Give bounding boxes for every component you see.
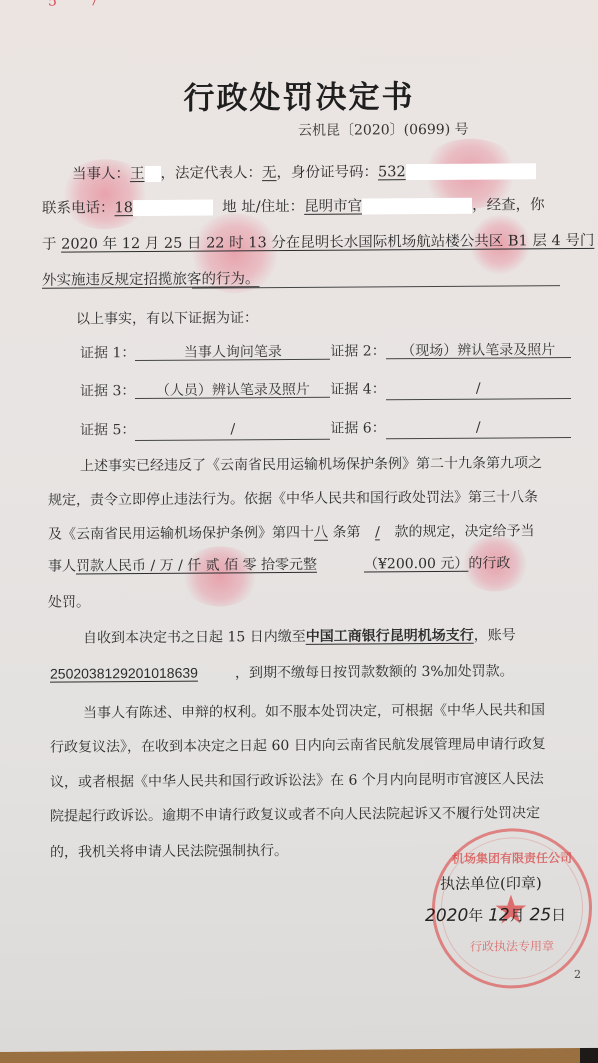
clause-number: / <box>360 524 394 540</box>
issuer-label: 执法单位(印章) <box>440 872 542 894</box>
evidence-row: 证据 3：（人员）辨认笔录及照片证据 4：/ <box>80 377 571 402</box>
evidence-label: 证据 3： <box>80 383 135 399</box>
violation-line-3: 及《云南省民用运输机场保护条例》第四十八 条第/款的规定，决定给予当 <box>48 520 534 543</box>
rights-line: 议，或者根据《中华人民共和国行政诉讼法》在 6 个月内向昆明市官渡区人民法 <box>50 768 544 791</box>
rights-line: 行政复议法》，在收到本决定之日起 60 日内向云南省民航发展管理局申请行政复 <box>50 733 546 756</box>
legal-rep-label: ，法定代表人： <box>161 165 263 182</box>
violation-line-2: 规定，责令立即停止违法行为。依据《中华人民共和国行政处罚法》第三十八条 <box>48 486 538 509</box>
date-year: 2020 <box>425 906 468 926</box>
address-label: 地 址/住址： <box>222 199 304 216</box>
penalty-text: 罚款人民币 / 万 / 仟 贰 佰 零 拾零元整 <box>76 553 364 575</box>
date-month: 12 <box>488 905 510 925</box>
account-number: 2502038129201018639 <box>50 664 235 681</box>
facts-prefix: 于 <box>42 237 57 253</box>
facts-behavior: 外实施违反规定招揽旅客的行为。 <box>42 271 260 289</box>
evidence-row: 证据 1：当事人询问笔录证据 2：（现场）辨认笔录及照片 <box>80 339 571 362</box>
address-suffix: ，经查，你 <box>472 197 545 214</box>
rights-line: 当事人有陈述、申辩的权利。如不服本处罚决定，可根据《中华人民共和国 <box>83 699 545 722</box>
redaction <box>133 200 213 217</box>
violation-line-1: 上述事实已经违反了《云南省民用运输机场保护条例》第二十九条第九项之 <box>80 452 542 475</box>
text: ，账号 <box>474 627 516 643</box>
redaction <box>362 198 472 215</box>
text: 自收到本决定书之日起 15 日内缴至 <box>83 629 306 647</box>
party-line: 当事人：王，法定代表人：无，身份证号码：532 <box>72 159 536 183</box>
evidence-row: 证据 5：/证据 6：/ <box>80 416 571 441</box>
phone-value: 18 <box>115 200 133 216</box>
corner-mark: 5 7 <box>48 0 112 10</box>
payment-line-2: 2502038129201018639，到期不缴每日按罚款数额的 3%加处罚款。 <box>50 660 514 683</box>
document-page: 5 7 行政处罚决定书 云机昆〔2020〕(0699) 号 当事人：王，法定代表… <box>0 0 598 1052</box>
desk-shadow <box>580 1048 598 1063</box>
evidence-label: 证据 1： <box>80 345 135 361</box>
seal-bottom-text: 行政执法专用章 <box>435 937 589 955</box>
evidence-label: 证据 5： <box>80 422 135 438</box>
penalty-amount: （¥200.00 元） <box>364 556 468 573</box>
rights-line: 的，我机关将申请人民法院强制执行。 <box>50 840 288 862</box>
address-value: 昆明市官 <box>304 198 362 214</box>
evidence-value: / <box>386 419 571 439</box>
issue-date: 2020年 12月 25日 <box>425 904 566 926</box>
party-name: 王 <box>130 166 145 182</box>
text: 款的规定，决定给予当 <box>394 523 534 540</box>
date-day: 25 <box>530 905 552 925</box>
violation-line-5: 处罚。 <box>48 591 90 611</box>
id-number: 532 <box>378 164 406 180</box>
facts-line-1: 于 2020 年 12 月 25 日 22 时 13 分在昆明长水国际机场航站楼… <box>42 229 594 254</box>
bank-name: 中国工商银行昆明机场支行 <box>306 628 474 645</box>
text: 事人 <box>48 558 76 574</box>
text: 年 <box>468 907 483 925</box>
text: ，到期不缴每日按罚款数额的 3%加处罚款。 <box>235 663 514 681</box>
document-number: 云机昆〔2020〕(0699) 号 <box>298 119 469 140</box>
article-number: 八 <box>314 525 328 541</box>
contact-line: 联系电话：18 地 址/住址：昆明市官，经查，你 <box>42 193 545 218</box>
facts-datetime-location: 2020 年 12 月 25 日 22 时 13 分在昆明长水国际机场航站楼公共… <box>61 233 594 253</box>
page-number: 2 <box>574 968 581 981</box>
redaction <box>145 166 161 182</box>
phone-label: 联系电话： <box>42 200 115 217</box>
evidence-value: （人员）辨认笔录及照片 <box>135 379 330 399</box>
evidence-intro: 以上事实，有以下证据为证： <box>76 307 258 328</box>
text: 的行政 <box>468 555 510 571</box>
evidence-value: 当事人询问笔录 <box>135 341 330 361</box>
legal-rep-value: 无 <box>262 165 277 181</box>
id-label: ，身份证号码： <box>277 164 379 181</box>
evidence-value: / <box>135 421 330 441</box>
party-label: 当事人： <box>72 166 130 182</box>
evidence-value: / <box>386 380 571 400</box>
payment-line-1: 自收到本决定书之日起 15 日内缴至中国工商银行昆明机场支行，账号 <box>83 624 516 647</box>
evidence-label: 证据 2： <box>330 343 385 359</box>
text: 月 <box>510 906 525 924</box>
violation-line-4: 事人罚款人民币 / 万 / 仟 贰 佰 零 拾零元整（¥200.00 元）的行政 <box>48 552 510 575</box>
evidence-label: 证据 6： <box>330 420 385 436</box>
redaction <box>406 163 536 180</box>
rights-line: 院提起行政诉讼。逾期不申请行政复议或者不向人民法院起诉又不履行处罚决定 <box>50 802 540 825</box>
text: 条第 <box>332 524 360 540</box>
text: 及《云南省民用运输机场保护条例》第四十 <box>48 525 314 543</box>
evidence-label: 证据 4： <box>330 381 385 397</box>
facts-line-2: 外实施违反规定招揽旅客的行为。 <box>42 267 260 290</box>
document-title: 行政处罚决定书 <box>0 70 598 119</box>
text: 日 <box>551 906 566 924</box>
evidence-value: （现场）辨认笔录及照片 <box>386 339 571 359</box>
seal-top-text: 机场集团有限责任公司 <box>435 849 589 867</box>
